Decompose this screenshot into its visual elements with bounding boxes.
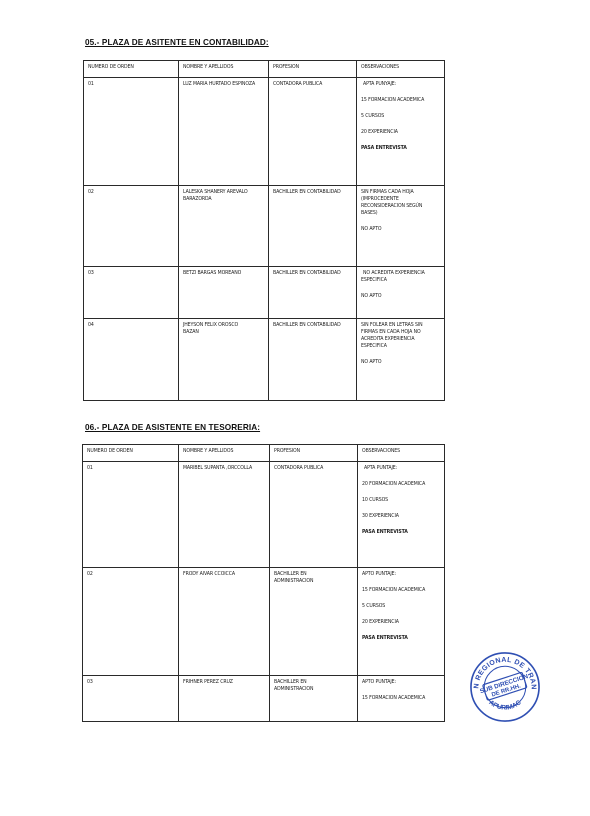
cell-orden: 02 xyxy=(83,568,179,676)
table-row: 02FRODY AIVAR CCOICCABACHILLER ENADMINIS… xyxy=(83,568,445,676)
nombre-line: BARAZORDA xyxy=(183,196,265,203)
profesion-line: BACHILLER EN CONTABILIDAD xyxy=(273,270,353,277)
table-row: 03BETZI BARGAS MOREANOBACHILLER EN CONTA… xyxy=(84,267,445,319)
observacion-line: 20 FORMACION ACADEMICA xyxy=(362,481,441,488)
observacion-line: NO APTO xyxy=(361,226,441,233)
profesion-line: BACHILLER EN xyxy=(274,679,354,686)
observacion-line: PASA ENTREVISTA xyxy=(361,145,441,152)
cell-observaciones: NO ACREDITA EXPERIENCIAESPECIFICANO APTO xyxy=(357,267,445,319)
cell-orden: 02 xyxy=(84,186,179,267)
nombre-line: LALESKA SHANERY AREVALO xyxy=(183,189,265,196)
observacion-line: 30 EXPERIENCIA xyxy=(362,513,441,520)
observacion-line: PASA ENTREVISTA xyxy=(362,529,441,536)
observacion-line: 20 EXPERIENCIA xyxy=(361,129,441,136)
nombre-line: JHEYSON FELIX OROSCO xyxy=(183,322,265,329)
observacion-line: (IMPROCEDENTE xyxy=(361,196,441,203)
observacion-line: BASES) xyxy=(361,210,441,217)
profesion-line: ADMINISTRACION xyxy=(274,578,354,585)
profesion-line: CONTADORA PUBLICA xyxy=(273,81,353,88)
nombre-line: BAZAN xyxy=(183,329,265,336)
observacion-line: 20 EXPERIENCIA xyxy=(362,619,441,626)
profesion-line: CONTADORA PUBLICA xyxy=(274,465,354,472)
cell-nombre: MARIBEL SUPANTA ,ORCCOLLA xyxy=(179,462,270,568)
observacion-line: NO ACREDITA EXPERIENCIA xyxy=(361,270,441,277)
table-header-row: NUMERO DE ORDENNOMBRE Y APELLIDOSPROFESI… xyxy=(83,445,445,462)
nombre-line: BETZI BARGAS MOREANO xyxy=(183,270,265,277)
cell-nombre: BETZI BARGAS MOREANO xyxy=(179,267,269,319)
observacion-line: NO APTO xyxy=(361,359,441,366)
cell-observaciones: SIN FOLEAR EN LETRAS SINFIRMAS EN CADA H… xyxy=(357,319,445,401)
cell-profesion: BACHILLER ENADMINISTRACION xyxy=(270,568,358,676)
cell-orden: 03 xyxy=(83,676,179,722)
table-contabilidad: NUMERO DE ORDENNOMBRE Y APELLIDOSPROFESI… xyxy=(83,60,445,401)
section-title-contabilidad: 05.- PLAZA DE ASITENTE EN CONTABILIDAD: xyxy=(85,38,269,47)
observacion-line: SIN FIRMAS CADA HOJA xyxy=(361,189,441,196)
observacion-line: SIN FOLEAR EN LETRAS SIN xyxy=(361,322,441,329)
cell-observaciones: APTA PUNTAJE:20 FORMACION ACADEMICA10 CU… xyxy=(358,462,445,568)
observacion-line: 15 FORMACION ACADEMICA xyxy=(362,695,441,702)
observacion-line: ESPECIFICA xyxy=(361,343,441,350)
observacion-line: APTA PUNYAJE: xyxy=(361,81,441,88)
observacion-line: RECONSIDERACION SEGÚN xyxy=(361,203,441,210)
table-row: 01MARIBEL SUPANTA ,ORCCOLLACONTADORA PUB… xyxy=(83,462,445,568)
table-tesoreria: NUMERO DE ORDENNOMBRE Y APELLIDOSPROFESI… xyxy=(82,444,445,722)
profesion-line: BACHILLER EN CONTABILIDAD xyxy=(273,322,353,329)
header-nombre: NOMBRE Y APELLIDOS xyxy=(179,445,270,462)
table-row: 03FRIHNER PEREZ CRUZBACHILLER ENADMINIST… xyxy=(83,676,445,722)
cell-profesion: CONTADORA PUBLICA xyxy=(269,78,357,186)
nombre-line: FRODY AIVAR CCOICCA xyxy=(183,571,266,578)
observacion-line: APTO PUNTAJE: xyxy=(362,679,441,686)
cell-observaciones: APTO PUNTAJE:15 FORMACION ACADEMICA xyxy=(358,676,445,722)
header-observaciones: OBSERVACIONES xyxy=(358,445,445,462)
cell-nombre: LALESKA SHANERY AREVALOBARAZORDA xyxy=(179,186,269,267)
profesion-line: ADMINISTRACION xyxy=(274,686,354,693)
observacion-line: PASA ENTREVISTA xyxy=(362,635,441,642)
cell-profesion: BACHILLER EN CONTABILIDAD xyxy=(269,319,357,401)
cell-nombre: JHEYSON FELIX OROSCOBAZAN xyxy=(179,319,269,401)
cell-orden: 01 xyxy=(84,78,179,186)
header-observaciones: OBSERVACIONES xyxy=(357,61,445,78)
observacion-line: 5 CURSOS xyxy=(361,113,441,120)
observacion-line: APTO PUNTAJE: xyxy=(362,571,441,578)
observacion-line: 5 CURSOS xyxy=(362,603,441,610)
header-nombre: NOMBRE Y APELLIDOS xyxy=(179,61,269,78)
observacion-line: ACREDITA EXPERIENCIA xyxy=(361,336,441,343)
nombre-line: FRIHNER PEREZ CRUZ xyxy=(183,679,266,686)
cell-nombre: FRODY AIVAR CCOICCA xyxy=(179,568,270,676)
cell-orden: 03 xyxy=(84,267,179,319)
cell-orden: 04 xyxy=(84,319,179,401)
cell-profesion: BACHILLER EN CONTABILIDAD xyxy=(269,267,357,319)
table-row: 01LUZ MARIA HURTADO ESPINOZACONTADORA PU… xyxy=(84,78,445,186)
cell-nombre: LUZ MARIA HURTADO ESPINOZA xyxy=(179,78,269,186)
nombre-line: LUZ MARIA HURTADO ESPINOZA xyxy=(183,81,265,88)
cell-observaciones: APTA PUNYAJE:15 FORMACION ACADEMICA5 CUR… xyxy=(357,78,445,186)
cell-orden: 01 xyxy=(83,462,179,568)
cell-observaciones: SIN FIRMAS CADA HOJA(IMPROCEDENTERECONSI… xyxy=(357,186,445,267)
nombre-line: MARIBEL SUPANTA ,ORCCOLLA xyxy=(183,465,266,472)
observacion-line: ESPECIFICA xyxy=(361,277,441,284)
header-profesion: PROFESION xyxy=(269,61,357,78)
observacion-line: APTA PUNTAJE: xyxy=(362,465,441,472)
stamp-bottom-text: APURIMAC xyxy=(487,699,522,712)
section-title-tesoreria: 06.- PLAZA DE ASISTENTE EN TESORERIA: xyxy=(85,423,260,432)
observacion-line: NO APTO xyxy=(361,293,441,300)
cell-profesion: BACHILLER ENADMINISTRACION xyxy=(270,676,358,722)
cell-profesion: BACHILLER EN CONTABILIDAD xyxy=(269,186,357,267)
cell-observaciones: APTO PUNTAJE:15 FORMACION ACADEMICA5 CUR… xyxy=(358,568,445,676)
observacion-line: 15 FORMACION ACADEMICA xyxy=(362,587,441,594)
header-numero-orden: NUMERO DE ORDEN xyxy=(84,61,179,78)
official-stamp: DIRECCION REGIONAL DE TRANSPORTES APURIM… xyxy=(468,650,542,724)
cell-profesion: CONTADORA PUBLICA xyxy=(270,462,358,568)
svg-text:APURIMAC: APURIMAC xyxy=(487,699,522,712)
observacion-line: FIRMAS EN CADA HOJA NO xyxy=(361,329,441,336)
profesion-line: BACHILLER EN xyxy=(274,571,354,578)
table-header-row: NUMERO DE ORDENNOMBRE Y APELLIDOSPROFESI… xyxy=(84,61,445,78)
header-numero-orden: NUMERO DE ORDEN xyxy=(83,445,179,462)
profesion-line: BACHILLER EN CONTABILIDAD xyxy=(273,189,353,196)
observacion-line: 10 CURSOS xyxy=(362,497,441,504)
cell-nombre: FRIHNER PEREZ CRUZ xyxy=(179,676,270,722)
observacion-line: 15 FORMACION ACADEMICA xyxy=(361,97,441,104)
table-row: 04JHEYSON FELIX OROSCOBAZANBACHILLER EN … xyxy=(84,319,445,401)
table-row: 02LALESKA SHANERY AREVALOBARAZORDABACHIL… xyxy=(84,186,445,267)
header-profesion: PROFESION xyxy=(270,445,358,462)
